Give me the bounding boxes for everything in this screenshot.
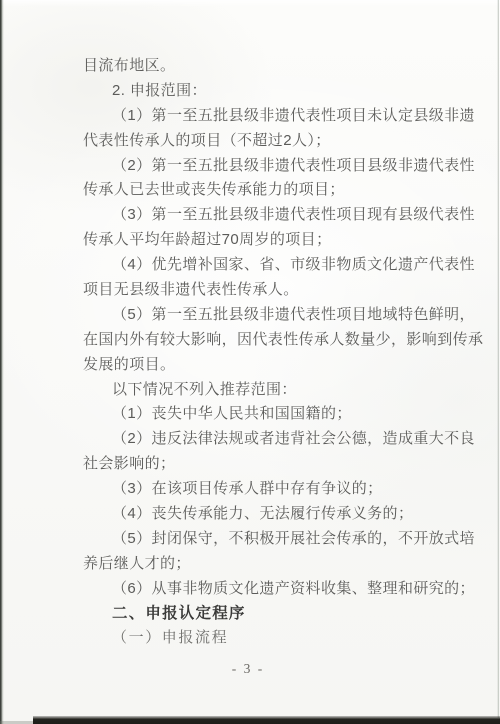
body-line: 2. 申报范围： [83,79,468,104]
body-line: （5）封闭保守，不积极开展社会传承的，不开放式培 [83,527,468,552]
body-line: （2）第一至五批县级非遗代表性项目县级非遗代表性 [83,154,468,179]
body-line: （3）在该项目传承人群中存有争议的； [83,477,468,502]
body-line: 传承人已去世或丧失传承能力的项目； [83,178,468,203]
body-line: （1）第一至五批县级非遗代表性项目未认定县级非遗 [83,104,468,129]
body-line: （5）第一至五批县级非遗代表性项目地域特色鲜明， [83,303,468,328]
body-line: 养后继人才的； [83,552,468,577]
body-line: （4）丧失传承能力、无法履行传承义务的； [83,502,468,527]
scan-edge-right [497,0,499,718]
scanned-document-page: 目流布地区。 2. 申报范围： （1）第一至五批县级非遗代表性项目未认定县级非遗… [0,0,500,724]
section-heading: 二、申报认定程序 [83,602,468,627]
body-line: 目流布地区。 [83,54,468,79]
body-line: 发展的项目。 [83,353,468,378]
body-line: 代表性传承人的项目（不超过2人）； [83,129,468,154]
body-line: 在国内外有较大影响，因代表性传承人数量少，影响到传承 [83,328,468,353]
scan-edge-left [0,0,4,724]
body-line: 传承人平均年龄超过70周岁的项目； [83,228,468,253]
body-line: （2）违反法律法规或者违背社会公德，造成重大不良 [83,427,468,452]
body-line: 社会影响的； [83,452,468,477]
body-line: （4）优先增补国家、省、市级非物质文化遗产代表性 [83,253,468,278]
subsection-heading: （一）申报流程 [83,626,468,651]
body-line: 以下情况不列入推荐范围： [83,378,468,403]
body-line: （6）从事非物质文化遗产资料收集、整理和研究的； [83,577,468,602]
document-text-block: 目流布地区。 2. 申报范围： （1）第一至五批县级非遗代表性项目未认定县级非遗… [83,54,468,651]
body-line: 项目无县级非遗代表性传承人。 [83,278,468,303]
page-number: - 3 - [0,661,496,677]
body-line: （1）丧失中华人民共和国国籍的； [83,402,468,427]
scan-edge-bottom [33,716,500,724]
body-line: （3）第一至五批县级非遗代表性项目现有县级代表性 [83,203,468,228]
scan-edge-top [0,0,500,7]
